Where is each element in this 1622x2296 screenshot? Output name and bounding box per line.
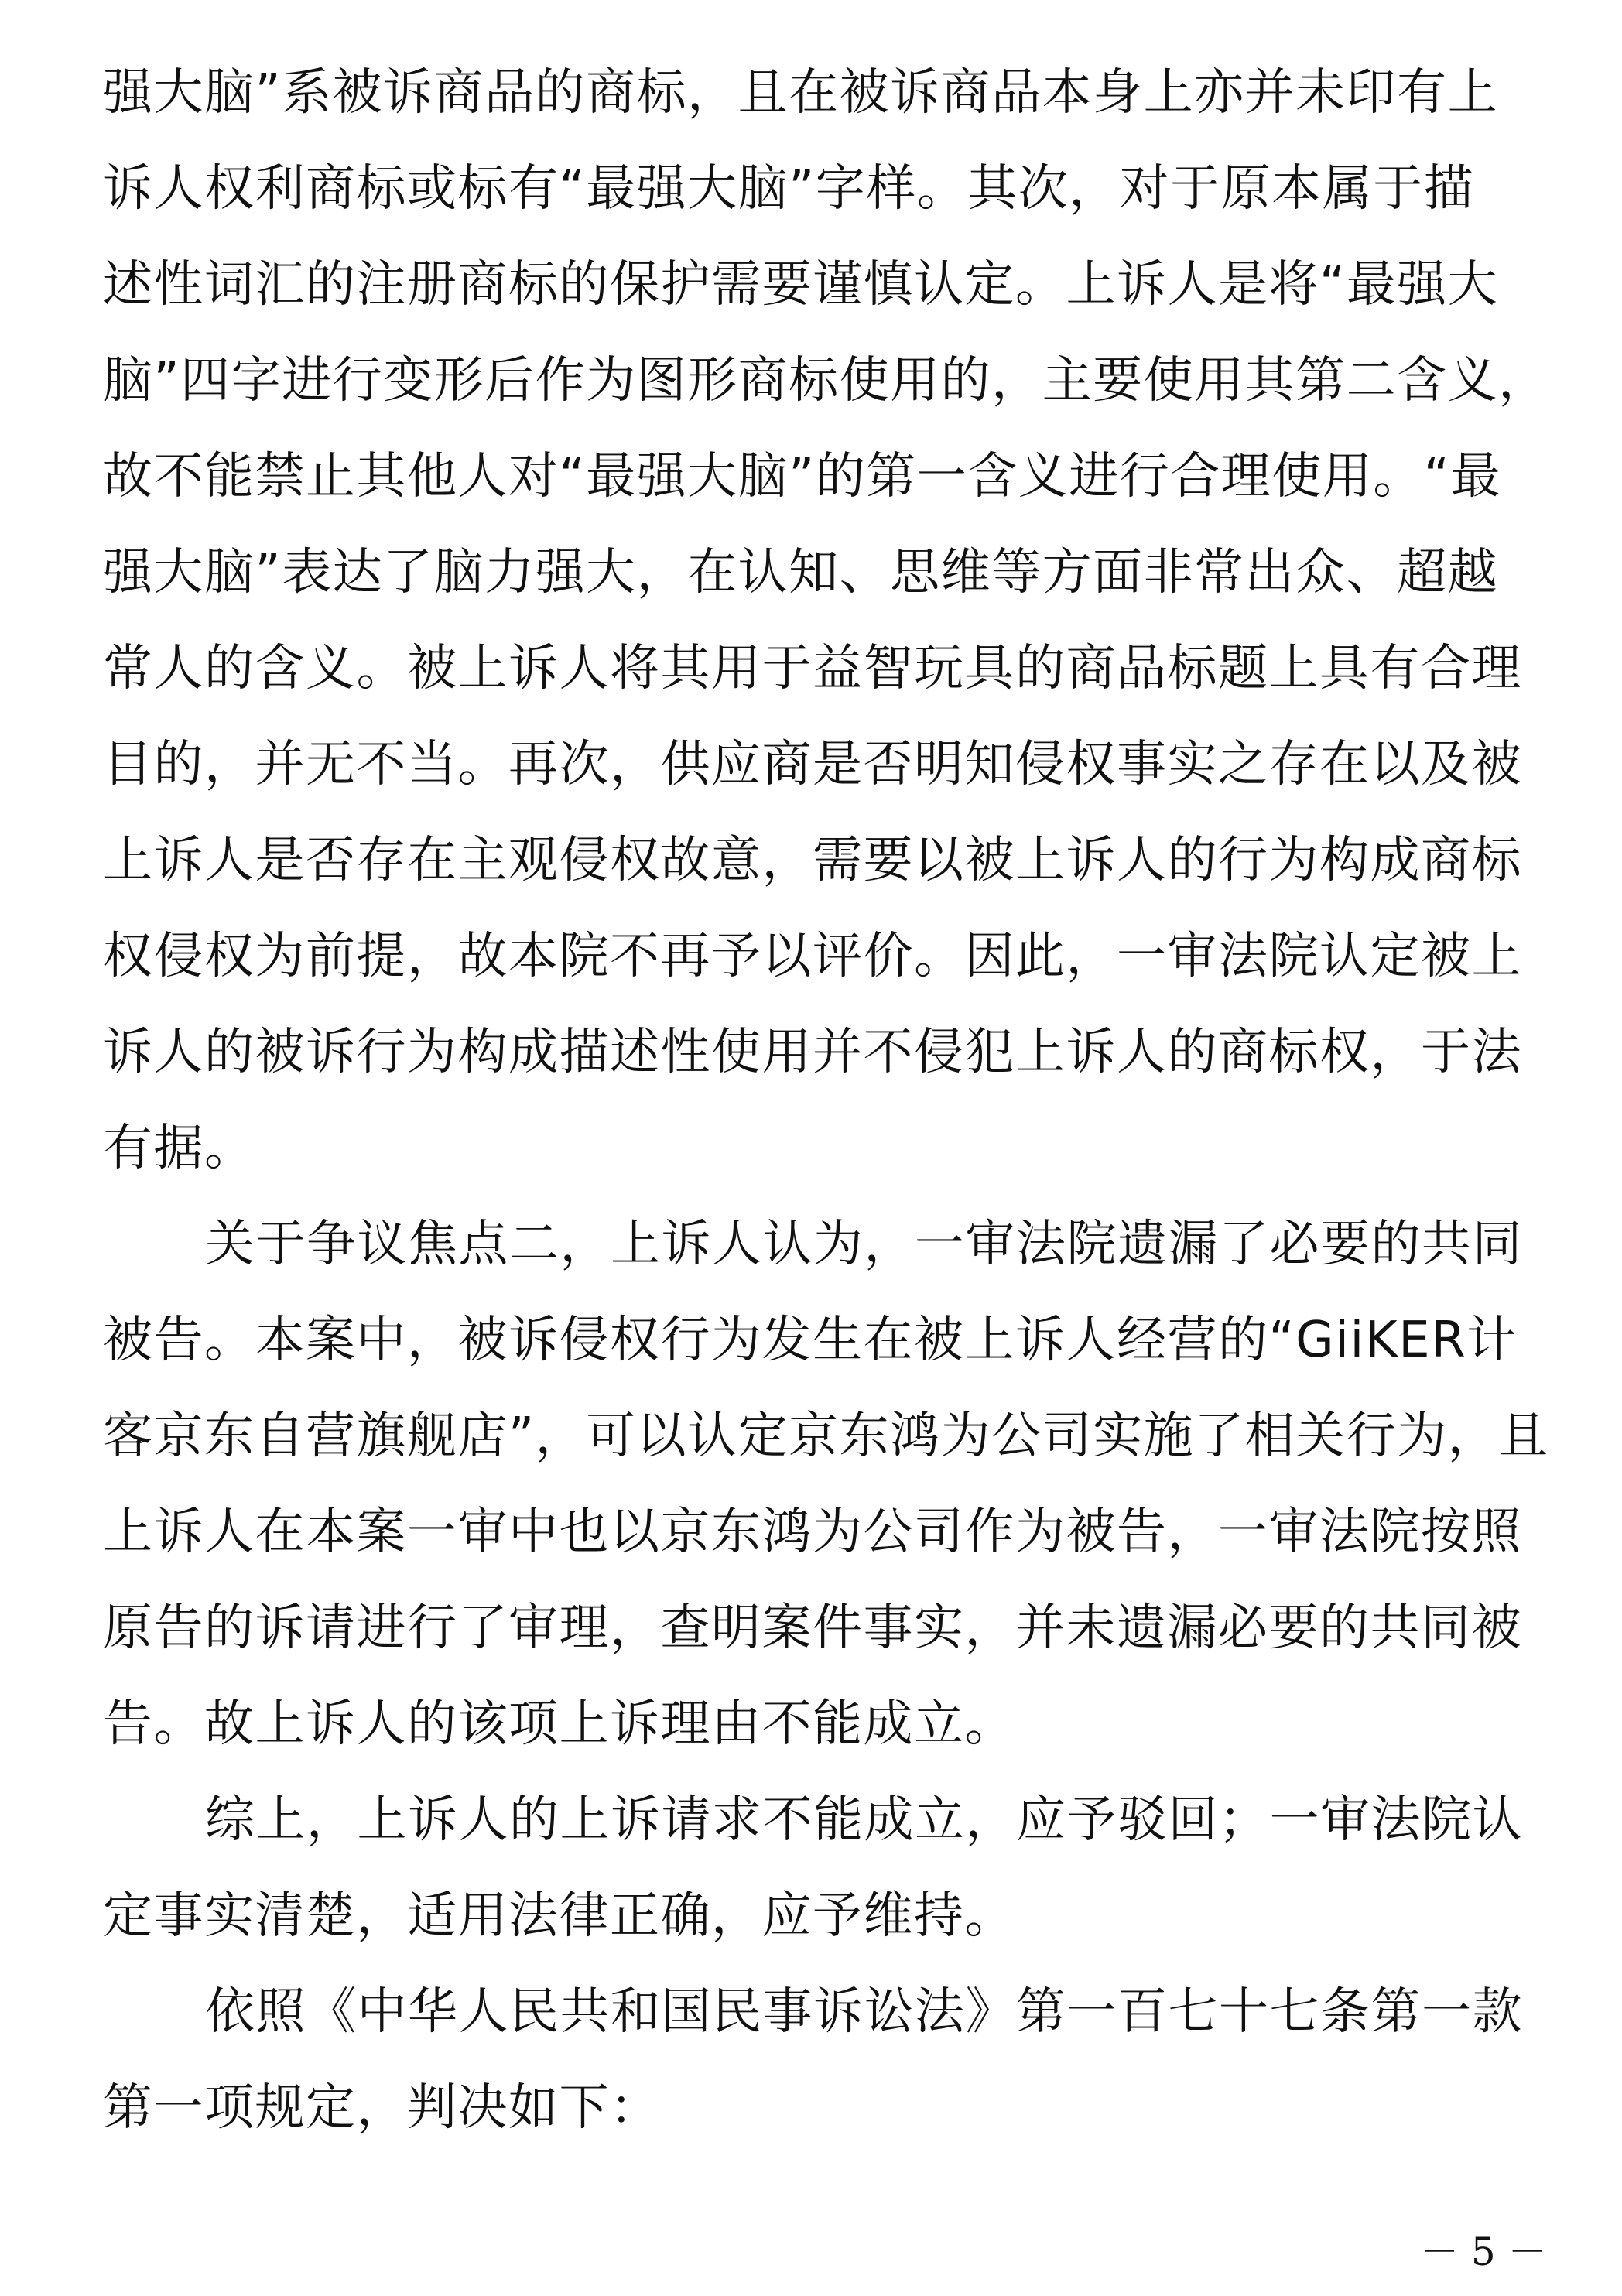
- text-line: 脑”四字进行变形后作为图形商标使用的，主要使用其第二含义，: [103, 342, 1542, 419]
- text-line: 强大脑”表达了脑力强大，在认知、思维等方面非常出众、超越: [103, 534, 1542, 611]
- text-line: 被告。本案中，被诉侵权行为发生在被上诉人经营的“GiiKER计: [103, 1302, 1542, 1379]
- page-number: － 5 －: [1420, 2229, 1547, 2275]
- text-line: 上诉人是否存在主观侵权故意，需要以被上诉人的行为构成商标: [103, 822, 1542, 899]
- text-line: 目的，并无不当。再次，供应商是否明知侵权事实之存在以及被: [103, 726, 1542, 803]
- document-page: 强大脑”系被诉商品的商标，且在被诉商品本身上亦并未印有上 诉人权利商标或标有“最…: [0, 0, 1622, 2296]
- text-line: 告。故上诉人的该项上诉理由不能成立。: [103, 1685, 1542, 1763]
- paragraph-start-line: 综上，上诉人的上诉请求不能成立，应予驳回；一审法院认: [205, 1781, 1542, 1859]
- paragraph-start-line: 关于争议焦点二，上诉人认为，一审法院遗漏了必要的共同: [205, 1206, 1542, 1283]
- text-line: 客京东自营旗舰店”，可以认定京东鸿为公司实施了相关行为，且: [103, 1398, 1542, 1475]
- text-line: 上诉人在本案一审中也以京东鸿为公司作为被告，一审法院按照: [103, 1494, 1542, 1571]
- text-line: 诉人的被诉行为构成描述性使用并不侵犯上诉人的商标权，于法: [103, 1014, 1542, 1091]
- text-line: 诉人权利商标或标有“最强大脑”字样。其次，对于原本属于描: [103, 150, 1542, 228]
- text-line: 强大脑”系被诉商品的商标，且在被诉商品本身上亦并未印有上: [103, 54, 1542, 132]
- text-line: 有据。: [103, 1110, 1542, 1187]
- text-line: 权侵权为前提，故本院不再予以评价。因此，一审法院认定被上: [103, 918, 1542, 995]
- text-line: 述性词汇的注册商标的保护需要谨慎认定。上诉人是将“最强大: [103, 246, 1542, 323]
- paragraph-start-line: 依照《中华人民共和国民事诉讼法》第一百七十七条第一款: [205, 1973, 1542, 2051]
- text-line: 故不能禁止其他人对“最强大脑”的第一含义进行合理使用。“最: [103, 438, 1542, 515]
- text-line: 第一项规定，判决如下：: [103, 2069, 1542, 2147]
- text-line: 原告的诉请进行了审理，查明案件事实，并未遗漏必要的共同被: [103, 1589, 1542, 1667]
- text-line: 定事实清楚，适用法律正确，应予维持。: [103, 1877, 1542, 1955]
- text-line: 常人的含义。被上诉人将其用于益智玩具的商品标题上具有合理: [103, 630, 1542, 707]
